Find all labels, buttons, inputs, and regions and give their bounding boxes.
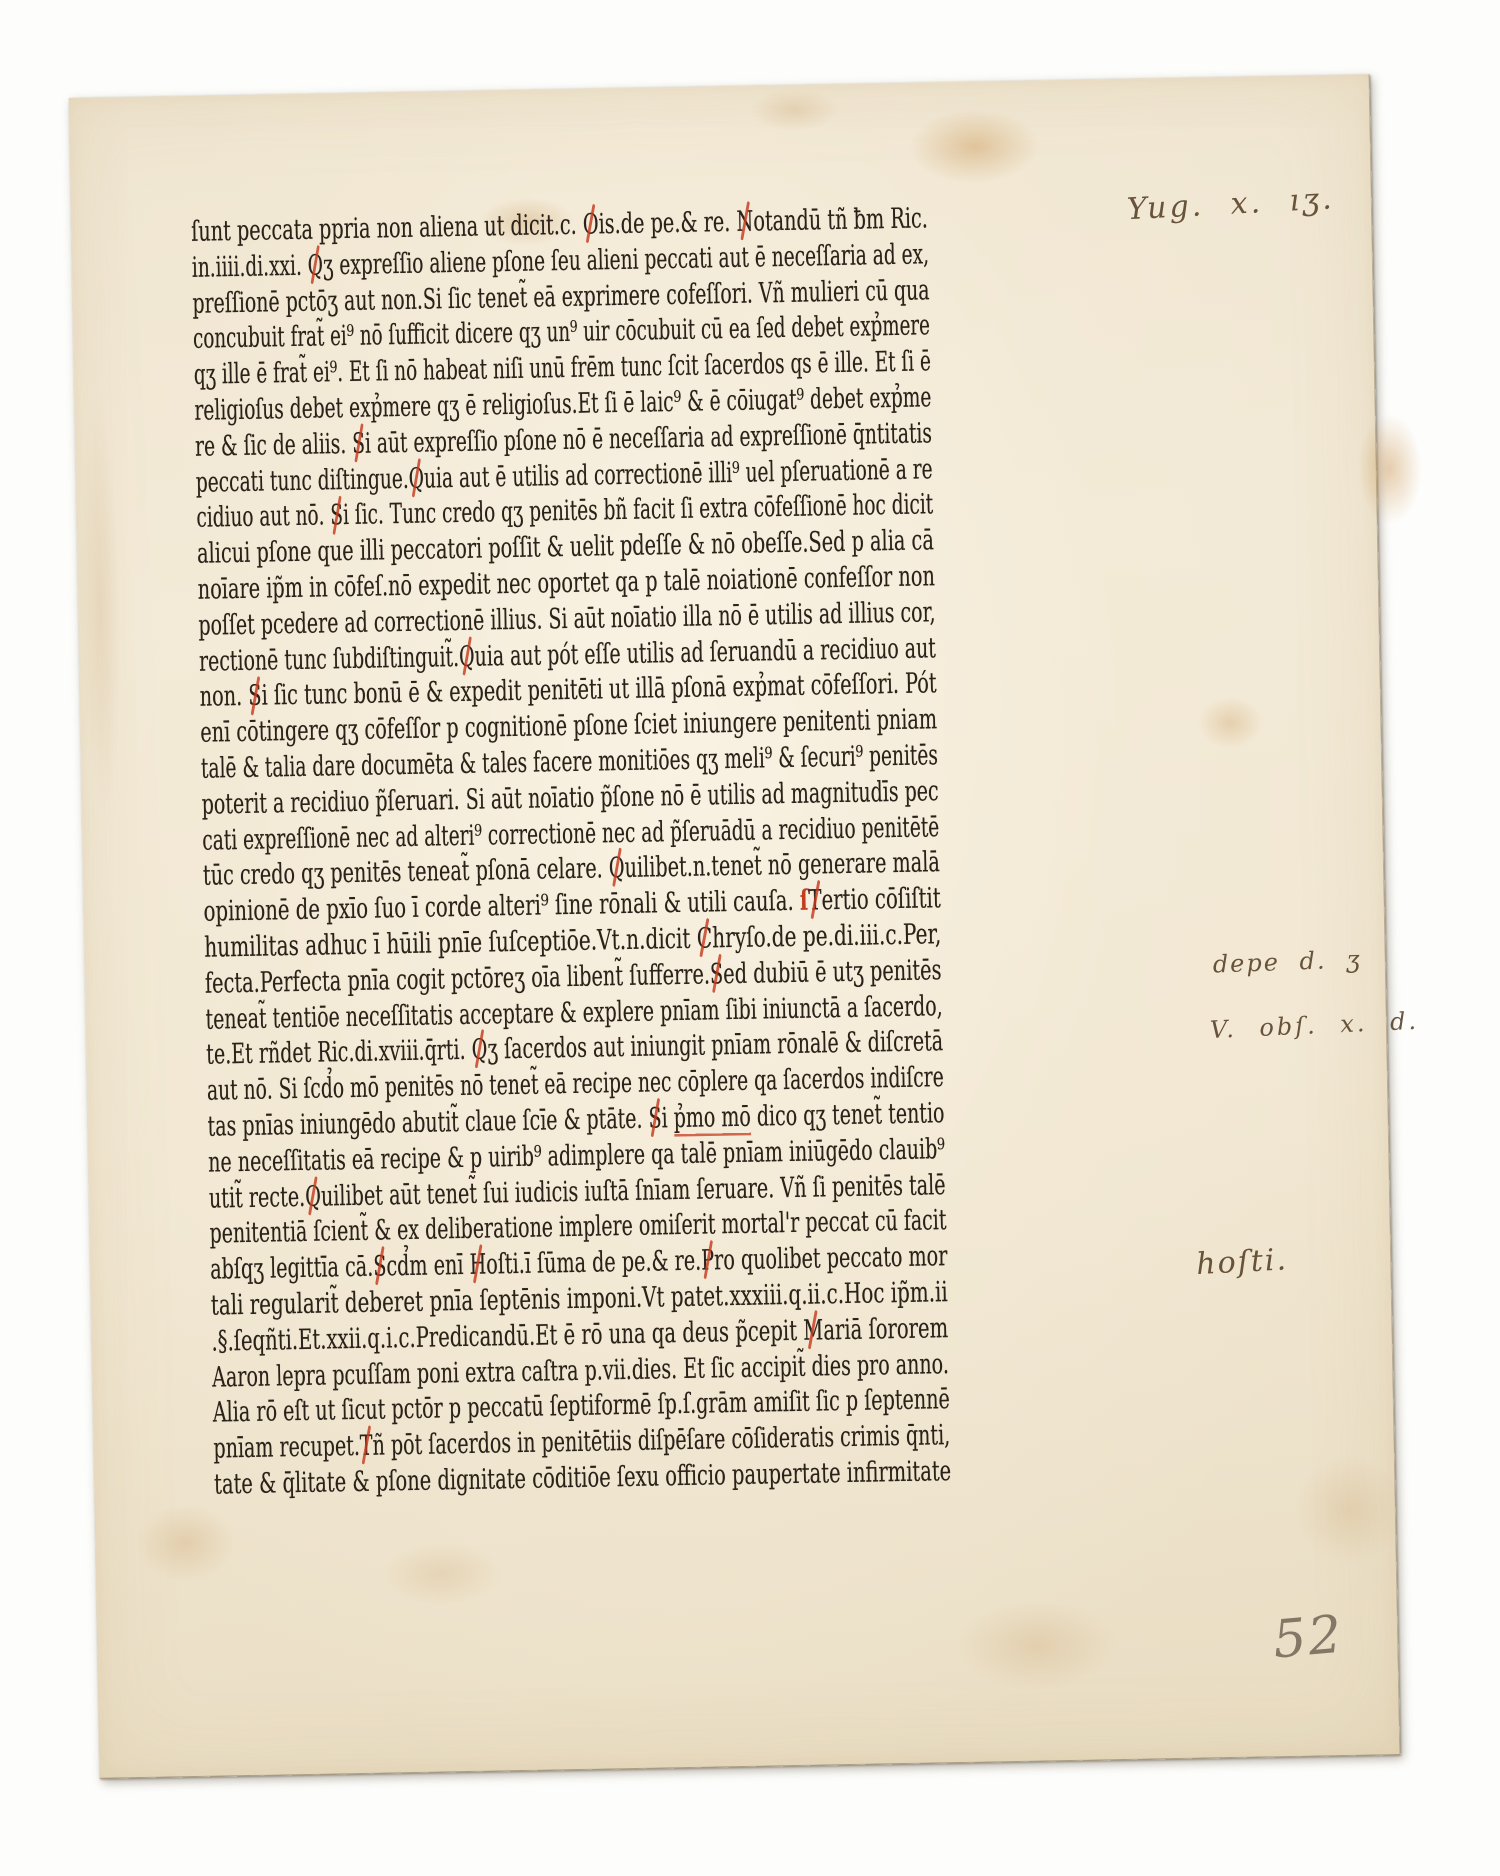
stain (909, 108, 1040, 184)
text-block: ſunt peccata ppria non aliena ut dicit.c… (191, 200, 951, 1502)
stain (956, 1599, 1118, 1692)
annotation-top-right: Yug. x. ıʒ. (1126, 181, 1335, 227)
annotation-nota: V. obſ. x. d. (1209, 1007, 1419, 1044)
annotation-hosti: hoſti. (1195, 1242, 1288, 1282)
stain (1357, 413, 1423, 524)
stain (749, 88, 840, 132)
stain (76, 397, 124, 818)
annotation-de-pe: depe d. ʒ (1212, 945, 1362, 978)
photo-background: ſunt peccata ppria non aliena ut dicit.c… (0, 0, 1500, 1876)
stain (381, 1540, 502, 1606)
stain (1294, 1454, 1406, 1566)
manuscript-leaf: ſunt peccata ppria non aliena ut dicit.c… (69, 74, 1401, 1779)
page-number: 52 (1271, 1605, 1346, 1671)
stain (1198, 696, 1263, 749)
stain (135, 1503, 236, 1583)
